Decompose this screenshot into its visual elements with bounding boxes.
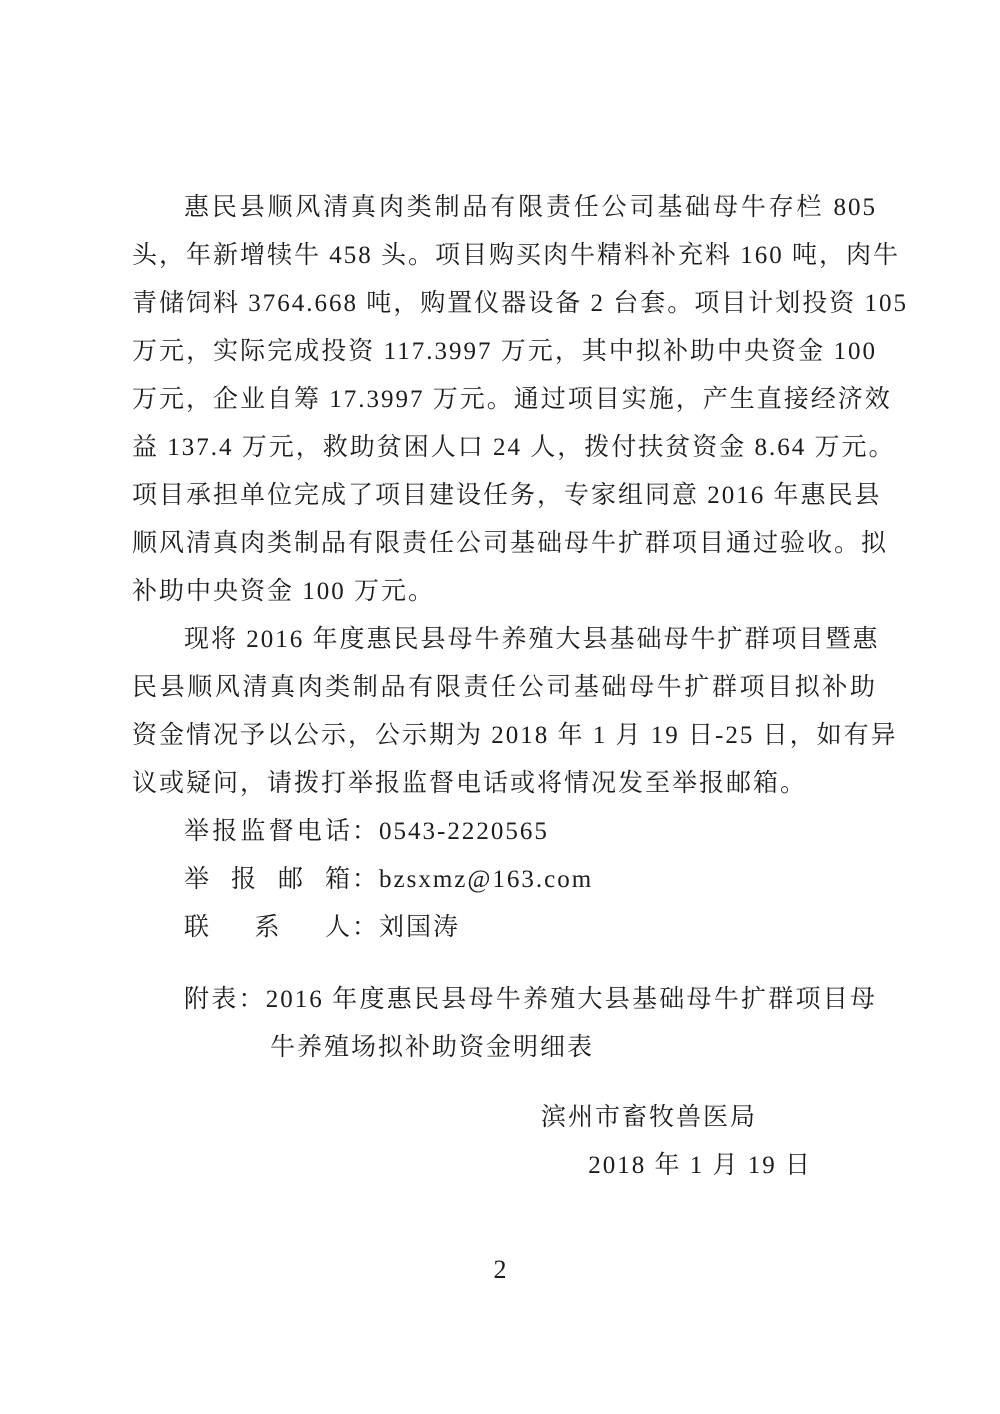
attachment-line: 牛养殖场拟补助资金明细表	[132, 1024, 877, 1072]
report-phone-value: 0543-2220565	[379, 818, 549, 845]
report-email-label: 举报邮箱	[184, 856, 352, 904]
paragraph-line: 万元，实际完成投资 117.3997 万元，其中拟补助中央资金 100	[132, 328, 877, 376]
paragraph-2: 现将 2016 年度惠民县母牛养殖大县基础母牛扩群项目暨惠 民县顺风清真肉类制品…	[132, 616, 877, 808]
paragraph-line: 议或疑问，请拨打举报监督电话或将情况发至举报邮箱。	[132, 760, 877, 808]
paragraph-line: 顺风清真肉类制品有限责任公司基础母牛扩群项目通过验收。拟	[132, 520, 877, 568]
paragraph-line: 补助中央资金 100 万元。	[132, 568, 877, 616]
document-body: 惠民县顺风清真肉类制品有限责任公司基础母牛存栏 805 头，年新增犊牛 458 …	[132, 184, 877, 1190]
attachment-line: 附表：2016 年度惠民县母牛养殖大县基础母牛扩群项目母	[132, 976, 877, 1024]
contact-colon: ：	[352, 866, 379, 893]
report-phone-label: 举报监督电话	[184, 808, 352, 856]
report-email-row: 举报邮箱：bzsxmz@163.com	[132, 856, 877, 904]
document-page: 惠民县顺风清真肉类制品有限责任公司基础母牛存栏 805 头，年新增犊牛 458 …	[0, 0, 1000, 1414]
paragraph-1: 惠民县顺风清真肉类制品有限责任公司基础母牛存栏 805 头，年新增犊牛 458 …	[132, 184, 877, 616]
paragraph-line: 益 137.4 万元，救助贫困人口 24 人，拨付扶贫资金 8.64 万元。	[132, 424, 877, 472]
contact-person-label: 联系人	[184, 904, 352, 952]
issue-date: 2018 年 1 月 19 日	[132, 1142, 877, 1190]
report-email-value: bzsxmz@163.com	[379, 866, 593, 893]
paragraph-line: 民县顺风清真肉类制品有限责任公司基础母牛扩群项目拟补助	[132, 664, 877, 712]
paragraph-line: 惠民县顺风清真肉类制品有限责任公司基础母牛存栏 805	[132, 184, 877, 232]
paragraph-line: 项目承担单位完成了项目建设任务，专家组同意 2016 年惠民县	[132, 472, 877, 520]
paragraph-line: 现将 2016 年度惠民县母牛养殖大县基础母牛扩群项目暨惠	[132, 616, 877, 664]
attachment-note: 附表：2016 年度惠民县母牛养殖大县基础母牛扩群项目母 牛养殖场拟补助资金明细…	[132, 976, 877, 1072]
contact-person-row: 联系人：刘国涛	[132, 904, 877, 952]
paragraph-line: 青储饲料 3764.668 吨，购置仪器设备 2 台套。项目计划投资 105	[132, 280, 877, 328]
paragraph-line: 资金情况予以公示，公示期为 2018 年 1 月 19 日-25 日，如有异	[132, 712, 877, 760]
page-number: 2	[0, 1246, 1000, 1294]
contact-block: 举报监督电话：0543-2220565 举报邮箱：bzsxmz@163.com …	[132, 808, 877, 952]
signature-block: 滨州市畜牧兽医局 2018 年 1 月 19 日	[132, 1094, 877, 1190]
contact-colon: ：	[352, 914, 379, 941]
paragraph-line: 头，年新增犊牛 458 头。项目购买肉牛精料补充料 160 吨，肉牛	[132, 232, 877, 280]
paragraph-line: 万元，企业自筹 17.3997 万元。通过项目实施，产生直接经济效	[132, 376, 877, 424]
contact-colon: ：	[352, 818, 379, 845]
report-phone-row: 举报监督电话：0543-2220565	[132, 808, 877, 856]
issuing-organization: 滨州市畜牧兽医局	[132, 1094, 877, 1142]
contact-person-value: 刘国涛	[379, 914, 460, 941]
